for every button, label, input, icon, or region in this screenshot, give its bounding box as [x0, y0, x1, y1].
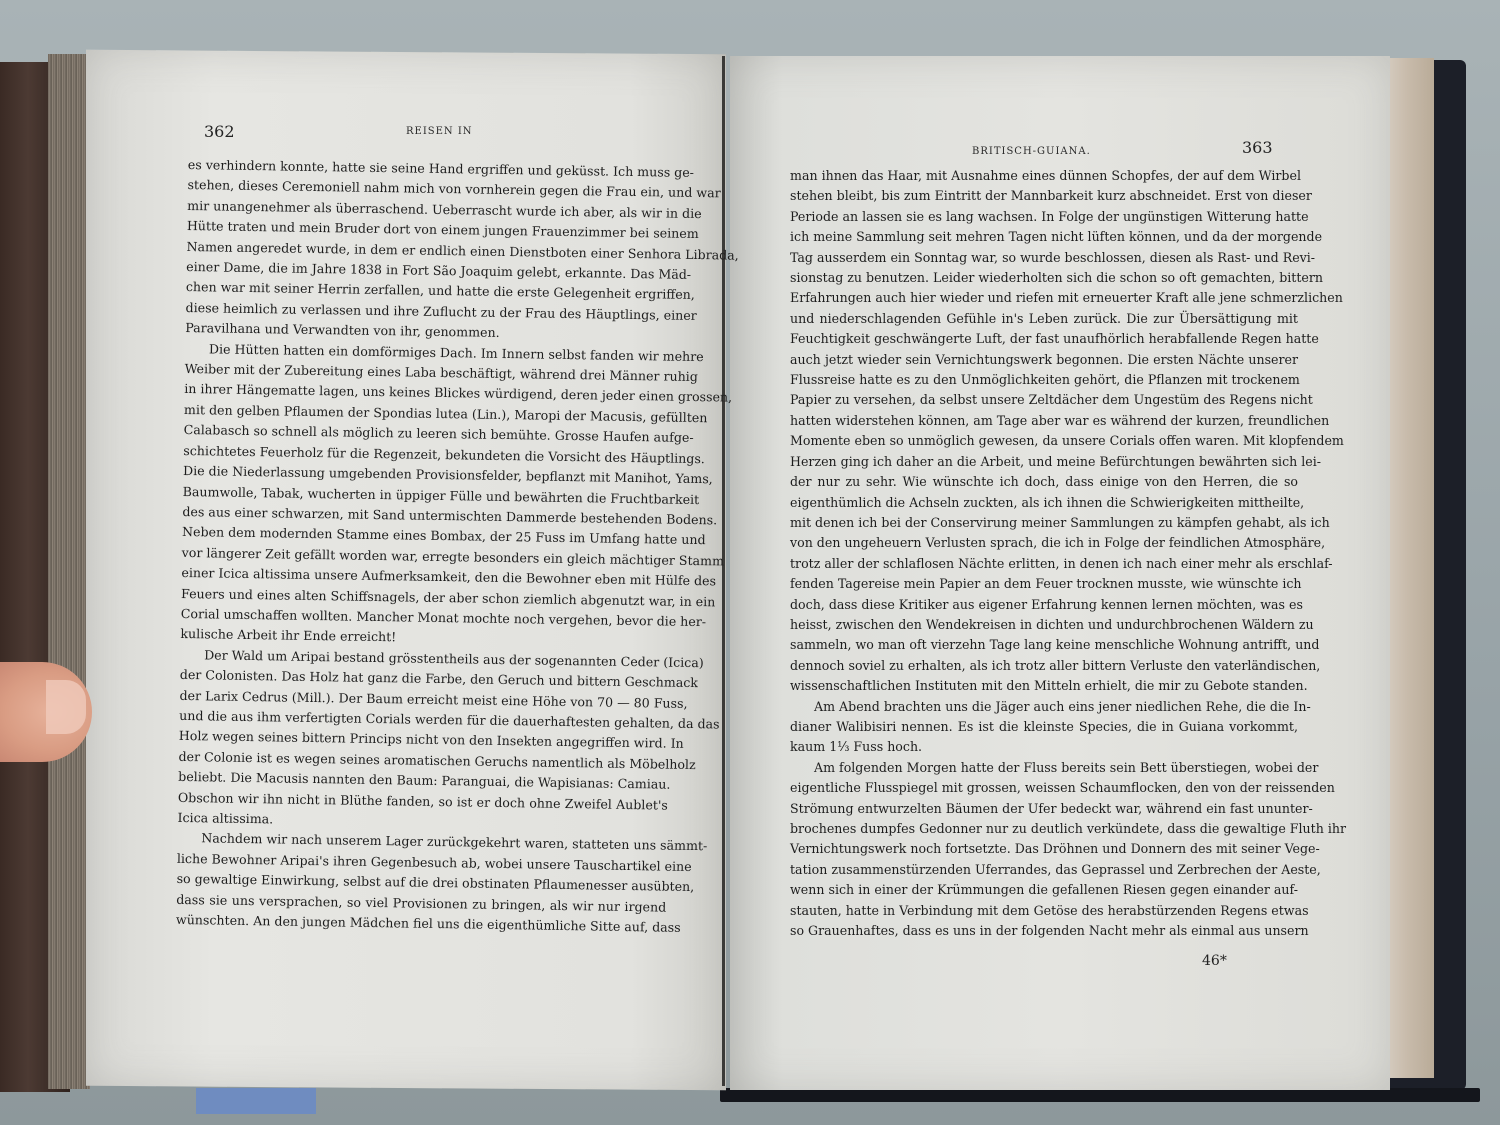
right-page-body: man ihnen das Haar, mit Ausnahme eines d… [790, 166, 1298, 941]
text-line: sammeln, wo man oft vierzehn Tage lang k… [790, 635, 1298, 655]
text-line: wissenschaftlichen Instituten mit den Mi… [790, 676, 1298, 696]
text-line: wenn sich in einer der Krümmungen die ge… [790, 880, 1298, 900]
text-line: Strömung entwurzelten Bäumen der Ufer be… [790, 799, 1298, 819]
text-line: so Grauenhaftes, dass es uns in der folg… [790, 921, 1298, 941]
text-line: eigentliche Flusspiegel mit grossen, wei… [790, 778, 1298, 798]
thumbnail-nail [46, 680, 86, 734]
text-line: sionstag zu benutzen. Leider wiederholte… [790, 268, 1298, 288]
right-page-number: 363 [1242, 138, 1273, 157]
text-line: dianer Walibisiri nennen. Es ist die kle… [790, 717, 1298, 737]
text-line: mit denen ich bei der Conservirung meine… [790, 513, 1298, 533]
left-page-number: 362 [204, 122, 235, 141]
text-line: heisst, zwischen den Wendekreisen in dic… [790, 615, 1298, 635]
text-line: Herzen ging ich daher an die Arbeit, und… [790, 452, 1298, 472]
cover-bottom-edge [720, 1088, 1480, 1102]
text-line: stehen bleibt, bis zum Eintritt der Mann… [790, 186, 1298, 206]
text-line: fenden Tagereise mein Papier an dem Feue… [790, 574, 1298, 594]
text-line: Vernichtungswerk noch fortsetzte. Das Dr… [790, 839, 1298, 859]
text-line: man ihnen das Haar, mit Ausnahme eines d… [790, 166, 1298, 186]
left-running-head: REISEN IN [406, 126, 473, 137]
text-line: ich meine Sammlung seit mehren Tagen nic… [790, 227, 1298, 247]
text-line: doch, dass diese Kritiker aus eigener Er… [790, 595, 1298, 615]
text-line: hatten widerstehen können, am Tage aber … [790, 411, 1298, 431]
text-line: stauten, hatte in Verbindung mit dem Get… [790, 901, 1298, 921]
right-running-head: BRITISCH-GUIANA. [972, 146, 1091, 157]
left-page-body: es verhindern konnte, hatte sie seine Ha… [176, 155, 678, 938]
left-page-stack [48, 54, 90, 1089]
text-line: auch jetzt wieder sein Vernichtungswerk … [790, 350, 1298, 370]
text-line: der nur zu sehr. Wie wünschte ich doch, … [790, 472, 1298, 492]
text-line: dennoch soviel zu erhalten, als ich trot… [790, 656, 1298, 676]
bookmark-tab [196, 1088, 316, 1114]
text-line: Feuchtigkeit geschwängerte Luft, der fas… [790, 329, 1298, 349]
text-line: Momente eben so unmöglich gewesen, da un… [790, 431, 1298, 451]
text-line: Flussreise hatte es zu den Unmöglichkeit… [790, 370, 1298, 390]
text-line: kaum 1⅓ Fuss hoch. [790, 737, 1298, 757]
text-line: Am Abend brachten uns die Jäger auch ein… [790, 697, 1298, 717]
book-gutter [722, 56, 725, 1086]
text-line: tation zusammenstürzenden Uferrandes, da… [790, 860, 1298, 880]
text-line: eigenthümlich die Achseln zuckten, als i… [790, 493, 1298, 513]
text-line: Am folgenden Morgen hatte der Fluss bere… [790, 758, 1298, 778]
text-line: Periode an lassen sie es lang wachsen. I… [790, 207, 1298, 227]
text-line: und niederschlagenden Gefühle in's Leben… [790, 309, 1298, 329]
text-line: Erfahrungen auch hier wieder und riefen … [790, 288, 1298, 308]
text-line: Tag ausserdem ein Sonntag war, so wurde … [790, 248, 1298, 268]
text-line: trotz aller der schlaflosen Nächte erlit… [790, 554, 1298, 574]
text-line: Papier zu versehen, da selbst unsere Zel… [790, 390, 1298, 410]
signature-mark: 46* [1202, 953, 1227, 969]
text-line: von den ungeheuern Verlusten sprach, die… [790, 533, 1298, 553]
text-line: brochenes dumpfes Gedonner nur zu deutli… [790, 819, 1298, 839]
